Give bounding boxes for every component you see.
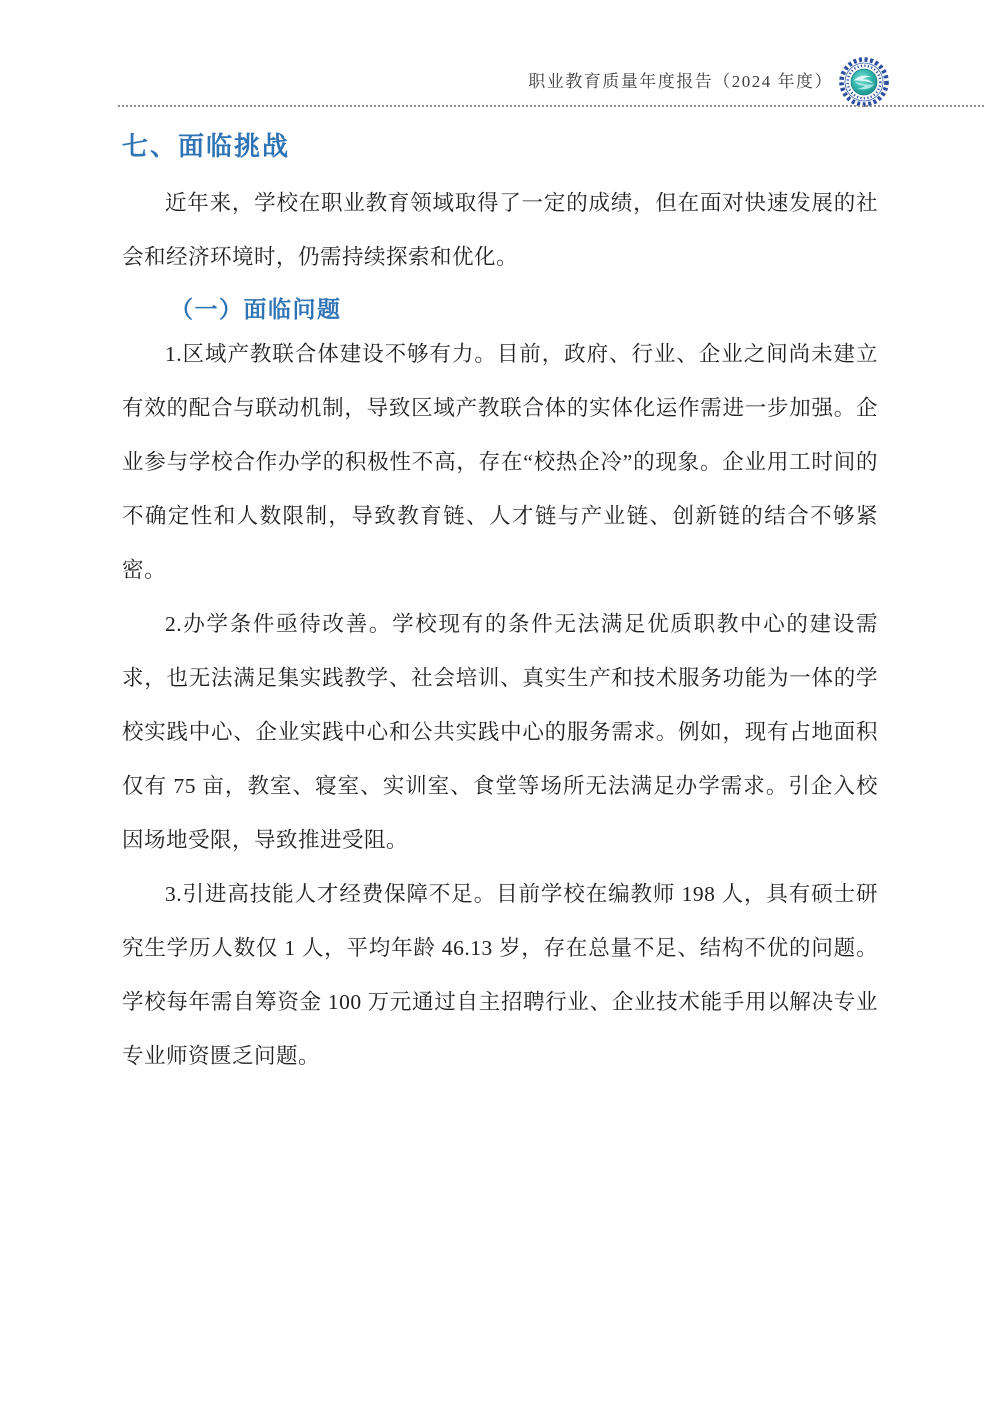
body-paragraph-2: 2.办学条件亟待改善。学校现有的条件无法满足优质职教中心的建设需求，也无法满足集…: [122, 597, 878, 867]
body-paragraph-3: 3.引进高技能人才经费保障不足。目前学校在编教师 198 人，具有硕士研究生学历…: [122, 867, 878, 1083]
document-content: 七、面临挑战 近年来，学校在职业教育领域取得了一定的成绩，但在面对快速发展的社会…: [122, 128, 878, 1083]
intro-paragraph: 近年来，学校在职业教育领域取得了一定的成绩，但在面对快速发展的社会和经济环境时，…: [122, 176, 878, 284]
body-paragraph-1: 1.区域产教联合体建设不够有力。目前，政府、行业、企业之间尚未建立有效的配合与联…: [122, 327, 878, 597]
subsection-title: （一）面临问题: [122, 292, 878, 327]
report-header-title: 职业教育质量年度报告（2024 年度）: [528, 67, 833, 94]
section-title: 七、面临挑战: [122, 128, 878, 164]
header-divider-rule: [118, 105, 984, 107]
page-header: 职业教育质量年度报告（2024 年度）: [118, 52, 890, 108]
document-page: 职业教育质量年度报告（2024 年度）: [0, 0, 1000, 1414]
school-emblem-logo-icon: [838, 56, 890, 108]
